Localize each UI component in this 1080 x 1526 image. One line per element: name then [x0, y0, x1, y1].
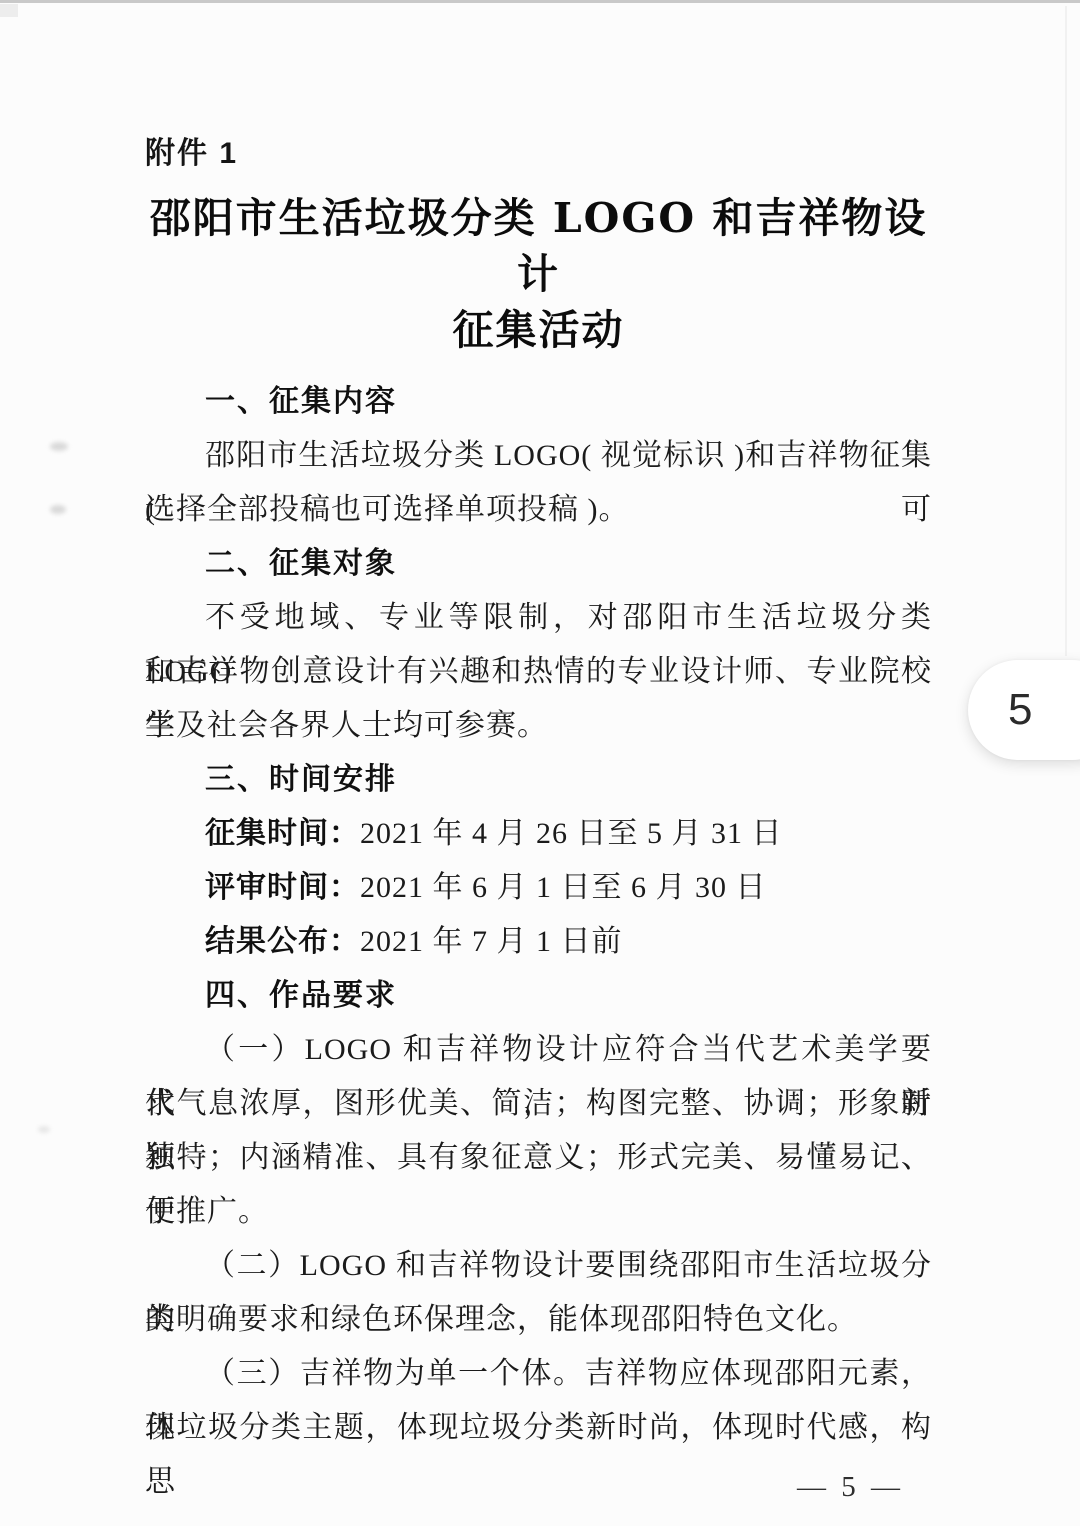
timeline-label: 结果公布： — [205, 925, 360, 958]
scroll-page-indicator-number: 5 — [1008, 685, 1032, 735]
document-line: 征集时间：2021 年 4 月 26 日至 5 月 31 日 — [145, 807, 932, 861]
section-heading: 二、征集对象 — [145, 537, 932, 591]
document-body: 附件 1 邵阳市生活垃圾分类 LOGO 和吉祥物设计 征集活动 一、征集内容邵阳… — [145, 0, 932, 1507]
section-heading: 三、时间安排 — [145, 753, 932, 807]
document-line: （二）LOGO 和吉祥物设计要围绕邵阳市生活垃圾分类 — [145, 1239, 932, 1293]
timeline-value: 2021 年 7 月 1 日前 — [360, 925, 623, 958]
document-text: 一、征集内容邵阳市生活垃圾分类 LOGO( 视觉标识 )和吉祥物征集( 可选择全… — [145, 375, 932, 1455]
document-line: 独特；内涵精准、具有象征意义；形式完美、易懂易记、便 — [145, 1131, 932, 1185]
document-line: 不受地域、专业等限制，对邵阳市生活垃圾分类 LOGO — [145, 591, 932, 645]
document-title: 邵阳市生活垃圾分类 LOGO 和吉祥物设计 征集活动 — [145, 190, 932, 358]
scan-corner-smudge — [0, 4, 18, 17]
timeline-value: 2021 年 6 月 1 日至 6 月 30 日 — [360, 871, 767, 904]
page-number-footer: — 5 — — [145, 1467, 932, 1507]
document-line: 评审时间：2021 年 6 月 1 日至 6 月 30 日 — [145, 861, 932, 915]
document-title-line1: 邵阳市生活垃圾分类 LOGO 和吉祥物设计 — [145, 190, 932, 302]
section-heading: 一、征集内容 — [145, 375, 932, 429]
document-line: 代气息浓厚，图形优美、简洁；构图完整、协调；形象新颖、 — [145, 1077, 932, 1131]
document-line: （三）吉祥物为单一个体。吉祥物应体现邵阳元素，体 — [145, 1347, 932, 1401]
document-line: 结果公布：2021 年 7 月 1 日前 — [145, 915, 932, 969]
document-line: 于推广。 — [145, 1185, 932, 1239]
timeline-label: 评审时间： — [205, 871, 360, 904]
timeline-value: 2021 年 4 月 26 日至 5 月 31 日 — [360, 817, 783, 850]
scanned-document-page: 附件 1 邵阳市生活垃圾分类 LOGO 和吉祥物设计 征集活动 一、征集内容邵阳… — [0, 0, 1080, 1526]
document-line: 的明确要求和绿色环保理念，能体现邵阳特色文化。 — [145, 1293, 932, 1347]
attachment-label: 附件 1 — [145, 132, 932, 176]
section-heading: 四、作品要求 — [145, 969, 932, 1023]
document-line: 和吉祥物创意设计有兴趣和热情的专业设计师、专业院校学 — [145, 645, 932, 699]
document-line: 邵阳市生活垃圾分类 LOGO( 视觉标识 )和吉祥物征集( 可 — [145, 429, 932, 483]
timeline-label: 征集时间： — [205, 817, 360, 850]
scan-smudge — [50, 505, 66, 514]
scan-smudge — [38, 1126, 50, 1133]
document-line: （一）LOGO 和吉祥物设计应符合当代艺术美学要求，时 — [145, 1023, 932, 1077]
document-title-line2: 征集活动 — [145, 302, 932, 358]
scan-smudge — [50, 442, 68, 451]
document-line: 现垃圾分类主题，体现垃圾分类新时尚，体现时代感，构思 — [145, 1401, 932, 1455]
document-line: 生及社会各界人士均可参赛。 — [145, 699, 932, 753]
scan-fold-line — [1065, 6, 1067, 656]
scroll-page-indicator[interactable]: 5 — [968, 660, 1080, 760]
